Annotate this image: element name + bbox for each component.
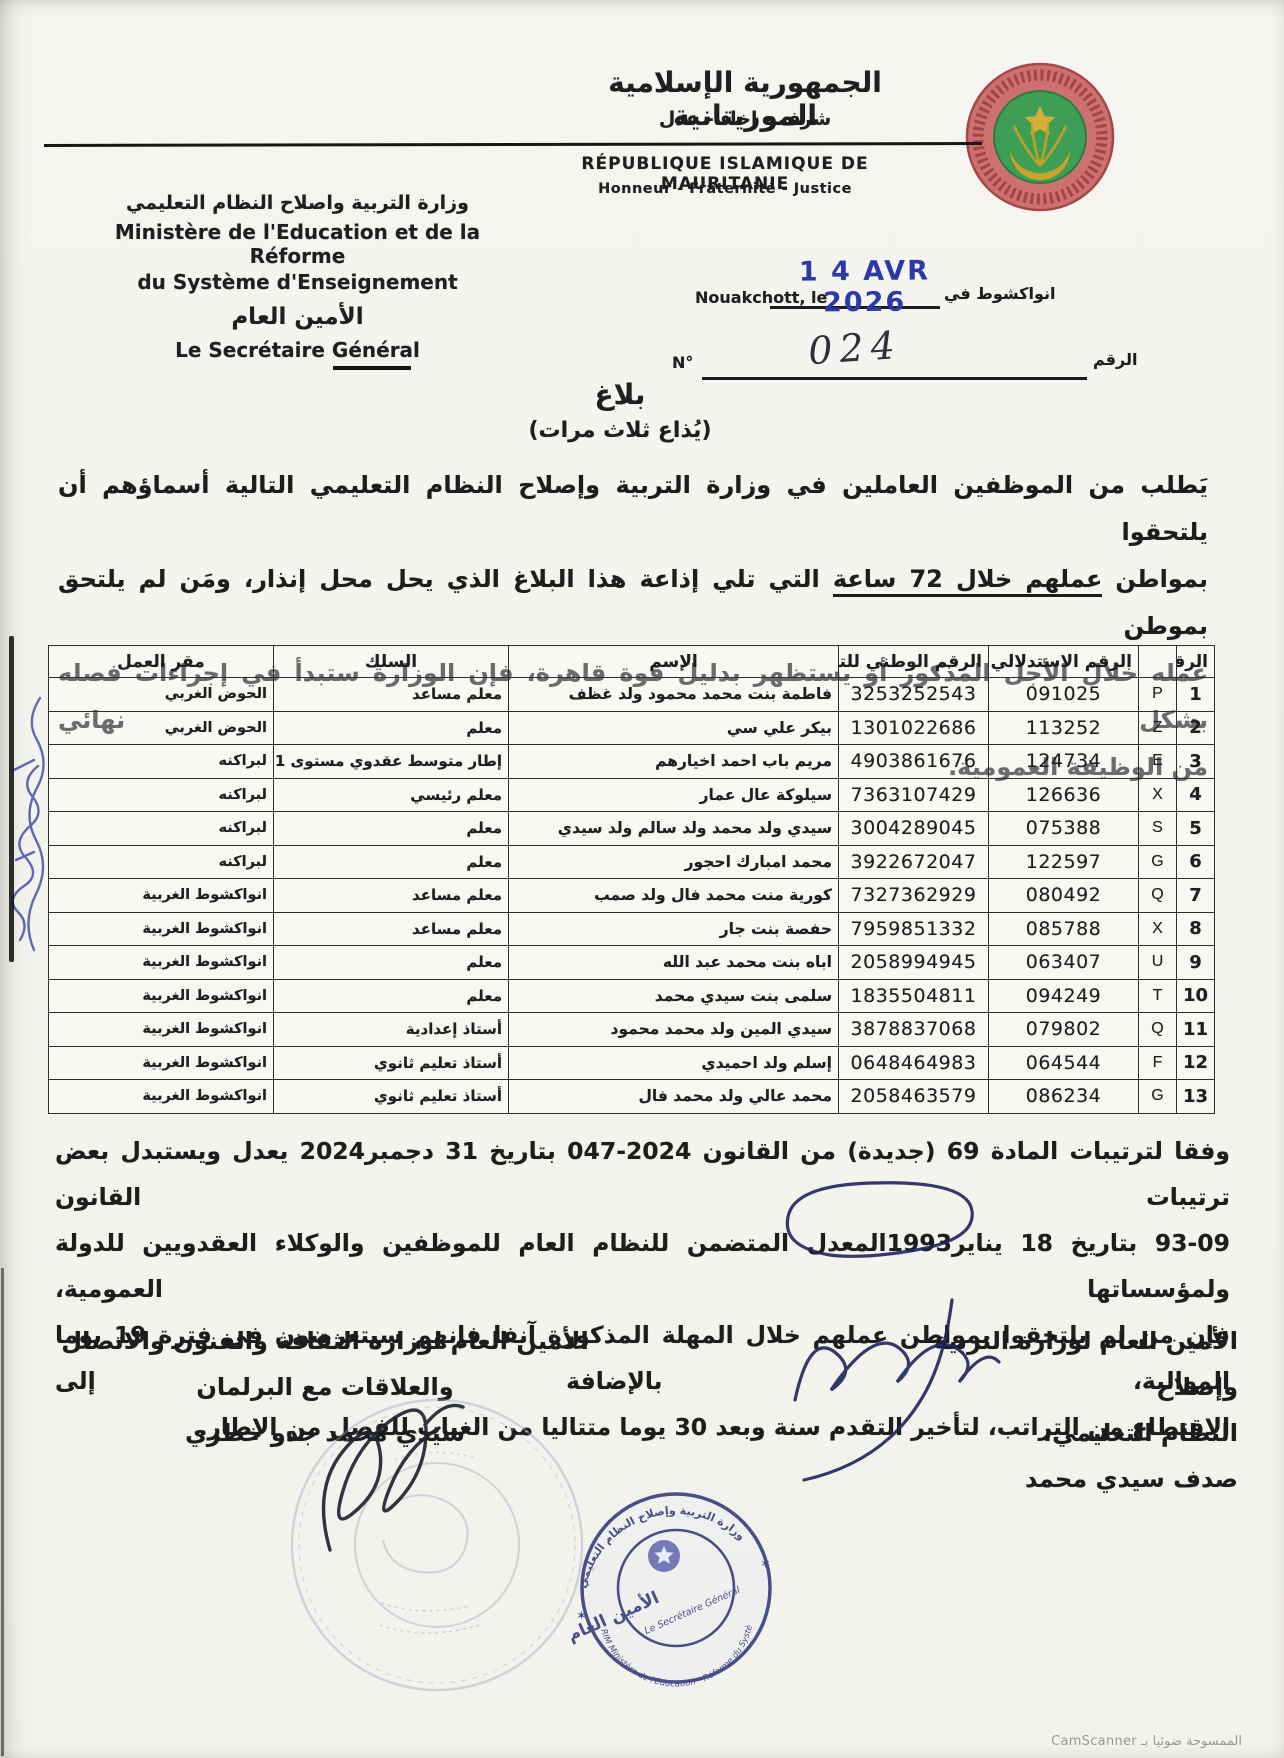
- scan-edge-artifact-upper: [9, 636, 14, 962]
- cell-national-id: 7363107429: [839, 778, 989, 812]
- cell-row-number: 11: [1177, 1013, 1215, 1047]
- table-header-row: الرقم الرقم الاستدلالي الرقم الوطني للتع…: [49, 646, 1215, 678]
- cell-dossier-number: 091025: [989, 678, 1139, 712]
- signature-ink-left: [275, 1380, 495, 1580]
- header-divider-line: [44, 142, 982, 147]
- cell-national-id: 7327362929: [839, 879, 989, 913]
- cell-row-number: 3: [1177, 745, 1215, 779]
- cell-dossier-number: 079802: [989, 1013, 1139, 1047]
- cell-dossier-number: 080492: [989, 879, 1139, 913]
- cell-workplace: انواكشوط الغربية: [49, 1080, 274, 1114]
- cell-letter: Q: [1139, 879, 1177, 913]
- cell-workplace: لبراكنه: [49, 745, 274, 779]
- col-header-workplace: مقر العمل: [49, 646, 274, 678]
- cell-corps: معلم رئيسي: [274, 778, 509, 812]
- cell-dossier-number: 064544: [989, 1046, 1139, 1080]
- cell-dossier-number: 124734: [989, 745, 1139, 779]
- cell-corps: معلم مساعد: [274, 912, 509, 946]
- cell-workplace: لبراكنه: [49, 845, 274, 879]
- cell-workplace: انواكشوط الغربية: [49, 946, 274, 980]
- staff-roster: الرقم الرقم الاستدلالي الرقم الوطني للتع…: [48, 645, 1214, 1114]
- cell-row-number: 4: [1177, 778, 1215, 812]
- paragraph1-line1: يَطلب من الموظفين العاملين في وزارة التر…: [58, 462, 1208, 556]
- date-stamp: 1 4 AVR 2026: [772, 255, 958, 319]
- cell-name: كورية منت محمد فال ولد صمب: [509, 879, 839, 913]
- cell-national-id: 3253252543: [839, 678, 989, 712]
- staff-roster-body: 1 P 091025 3253252543 فاطمة بنت محمد محم…: [49, 678, 1215, 1114]
- cell-letter: U: [1139, 946, 1177, 980]
- svg-text:✶: ✶: [760, 1557, 771, 1572]
- paragraph1-line2-underlined: عملهم خلال 72 ساعة: [833, 565, 1103, 597]
- cell-letter: E: [1139, 745, 1177, 779]
- cell-letter: X: [1139, 912, 1177, 946]
- cell-name: محمد عالي ولد محمد فال: [509, 1080, 839, 1114]
- office-title-arabic: الأمين العام: [70, 304, 525, 330]
- table-row: 12 F 064544 0648464983 إسلم ولد احميدي أ…: [49, 1046, 1215, 1080]
- cell-national-id: 4903861676: [839, 745, 989, 779]
- cell-corps: معلم: [274, 812, 509, 846]
- paragraph1-line2: بمواطن عملهم خلال 72 ساعة التي تلي إذاعة…: [58, 556, 1208, 650]
- secretary-general-stamp: وزارة التربية وإصلاح النظام التعليمي RIM…: [560, 1468, 790, 1718]
- cell-corps: أستاذ إعدادية: [274, 1013, 509, 1047]
- ministry-block: وزارة التربية واصلاح النظام التعليمي Min…: [70, 192, 525, 362]
- cell-row-number: 5: [1177, 812, 1215, 846]
- col-header-name: الإسم: [509, 646, 839, 678]
- cell-letter: X: [1139, 778, 1177, 812]
- cell-name: مريم باب احمد اخيارهم: [509, 745, 839, 779]
- cell-letter: G: [1139, 845, 1177, 879]
- cell-workplace: انواكشوط الغربية: [49, 879, 274, 913]
- cell-corps: معلم: [274, 979, 509, 1013]
- cell-name: إسلم ولد احميدي: [509, 1046, 839, 1080]
- margin-handwritten-annotation: [0, 650, 52, 970]
- ministry-name-arabic: وزارة التربية واصلاح النظام التعليمي: [70, 192, 525, 214]
- cell-letter: G: [1139, 1080, 1177, 1114]
- cell-row-number: 10: [1177, 979, 1215, 1013]
- cell-national-id: 1301022686: [839, 711, 989, 745]
- cell-letter: Z: [1139, 711, 1177, 745]
- cell-row-number: 13: [1177, 1080, 1215, 1114]
- number-label-french: N°: [672, 353, 693, 372]
- cell-corps: أستاذ تعليم ثانوي: [274, 1046, 509, 1080]
- cell-workplace: انواكشوط الغربية: [49, 1046, 274, 1080]
- col-header-corps: السلك: [274, 646, 509, 678]
- cell-national-id: 3004289045: [839, 812, 989, 846]
- handwritten-document-number: 024: [759, 319, 952, 376]
- col-header-number: الرقم: [1177, 646, 1215, 678]
- ministry-name-french-line2: du Système d'Enseignement: [70, 270, 525, 294]
- cell-dossier-number: 122597: [989, 845, 1139, 879]
- cell-row-number: 2: [1177, 711, 1215, 745]
- paragraph1-line2-pre: بمواطن: [1102, 565, 1208, 593]
- cell-name: سيدي ولد محمد ولد سالم ولد سيدي: [509, 812, 839, 846]
- table-row: 13 G 086234 2058463579 محمد عالي ولد محم…: [49, 1080, 1215, 1114]
- col-header-national-id: الرقم الوطني للتعريف: [839, 646, 989, 678]
- table-row: 8 X 085788 7959851332 حفصة بنت جار معلم …: [49, 912, 1215, 946]
- cell-national-id: 7959851332: [839, 912, 989, 946]
- table-row: 2 Z 113252 1301022686 بيكر علي سي معلم ا…: [49, 711, 1215, 745]
- table-row: 3 E 124734 4903861676 مريم باب احمد اخيا…: [49, 745, 1215, 779]
- cell-row-number: 12: [1177, 1046, 1215, 1080]
- cell-workplace: انواكشوط الغربية: [49, 912, 274, 946]
- cell-workplace: الحوض الغربي: [49, 678, 274, 712]
- cell-row-number: 8: [1177, 912, 1215, 946]
- cell-letter: T: [1139, 979, 1177, 1013]
- cell-letter: F: [1139, 1046, 1177, 1080]
- cell-name: فاطمة بنت محمد محمود ولد غظف: [509, 678, 839, 712]
- cell-name: سيلوكة عال عمار: [509, 778, 839, 812]
- camscanner-watermark: الممسوحة ضوئيا بـ CamScanner: [1051, 1734, 1242, 1749]
- cell-name: سلمى بنت سيدي محمد: [509, 979, 839, 1013]
- table-row: 6 G 122597 3922672047 محمد امبارك احجور …: [49, 845, 1215, 879]
- cell-corps: إطار متوسط عقدوي مستوى 1: [274, 745, 509, 779]
- cell-corps: معلم مساعد: [274, 678, 509, 712]
- cell-letter: S: [1139, 812, 1177, 846]
- table-row: 9 U 063407 2058994945 اباه بنت محمد عبد …: [49, 946, 1215, 980]
- paragraph2-line1: وفقا لترتيبات المادة 69 (جديدة) من القان…: [55, 1128, 1230, 1220]
- cell-dossier-number: 094249: [989, 979, 1139, 1013]
- cell-dossier-number: 085788: [989, 912, 1139, 946]
- paragraph2-line2: 93-09 بتاريخ 18 يناير1993المعدل المتضمن …: [55, 1220, 1230, 1312]
- cell-national-id: 3878837068: [839, 1013, 989, 1047]
- cell-dossier-number: 113252: [989, 711, 1139, 745]
- cell-workplace: انواكشوط الغربية: [49, 979, 274, 1013]
- table-row: 11 Q 079802 3878837068 سيدي المين ولد مح…: [49, 1013, 1215, 1047]
- svg-text:✶: ✶: [576, 1609, 587, 1624]
- cell-workplace: الحوض الغربي: [49, 711, 274, 745]
- national-emblem-seal: [966, 58, 1116, 218]
- place-date-label-arabic: انواكشوط في: [944, 284, 1055, 303]
- table-row: 7 Q 080492 7327362929 كورية منت محمد فال…: [49, 879, 1215, 913]
- cell-name: حفصة بنت جار: [509, 912, 839, 946]
- cell-workplace: لبراكنه: [49, 812, 274, 846]
- cell-national-id: 1835504811: [839, 979, 989, 1013]
- cell-name: اباه بنت محمد عبد الله: [509, 946, 839, 980]
- cell-dossier-number: 126636: [989, 778, 1139, 812]
- col-header-dossier-number: الرقم الاستدلالي: [989, 646, 1139, 678]
- cell-name: سيدي المين ولد محمد محمود: [509, 1013, 839, 1047]
- cell-row-number: 7: [1177, 879, 1215, 913]
- ministry-name-french-line1: Ministère de l'Education et de la Réform…: [70, 220, 525, 268]
- staff-roster-table: الرقم الرقم الاستدلالي الرقم الوطني للتع…: [48, 645, 1215, 1114]
- cell-dossier-number: 063407: [989, 946, 1139, 980]
- cell-corps: معلم: [274, 711, 509, 745]
- cell-name: بيكر علي سي: [509, 711, 839, 745]
- number-label-arabic: الرقم: [1093, 350, 1137, 369]
- cell-workplace: لبراكنه: [49, 778, 274, 812]
- cell-corps: معلم مساعد: [274, 879, 509, 913]
- signatory-left-title-line1: الأمين العام لوزارة الثقافة والفنون والا…: [60, 1318, 590, 1364]
- cell-row-number: 1: [1177, 678, 1215, 712]
- cell-national-id: 2058994945: [839, 946, 989, 980]
- cell-national-id: 0648464983: [839, 1046, 989, 1080]
- scanned-document-page: الجمهورية الإسلامية الموريتانية شرف - إخ…: [0, 0, 1284, 1758]
- col-header-letter: [1139, 646, 1177, 678]
- cell-corps: أستاذ تعليم ثانوي: [274, 1080, 509, 1114]
- table-row: 1 P 091025 3253252543 فاطمة بنت محمد محم…: [49, 678, 1215, 712]
- national-motto-french: Honneur - Fraternité - Justice: [515, 181, 935, 197]
- cell-dossier-number: 086234: [989, 1080, 1139, 1114]
- cell-name: محمد امبارك احجور: [509, 845, 839, 879]
- cell-workplace: انواكشوط الغربية: [49, 1013, 274, 1047]
- document-title: بلاغ: [430, 378, 810, 411]
- cell-row-number: 6: [1177, 845, 1215, 879]
- document-subtitle: (يُذاع ثلاث مرات): [430, 418, 810, 443]
- cell-letter: Q: [1139, 1013, 1177, 1047]
- table-row: 4 X 126636 7363107429 سيلوكة عال عمار مع…: [49, 778, 1215, 812]
- table-row: 10 T 094249 1835504811 سلمى بنت سيدي محم…: [49, 979, 1215, 1013]
- cell-letter: P: [1139, 678, 1177, 712]
- cell-dossier-number: 075388: [989, 812, 1139, 846]
- cell-corps: معلم: [274, 946, 509, 980]
- office-title-underline: [333, 366, 411, 370]
- office-title-french: Le Secrétaire Général: [70, 338, 525, 362]
- cell-corps: معلم: [274, 845, 509, 879]
- cell-national-id: 2058463579: [839, 1080, 989, 1114]
- scan-edge-artifact-lower: [1, 1268, 4, 1756]
- cell-row-number: 9: [1177, 946, 1215, 980]
- cell-national-id: 3922672047: [839, 845, 989, 879]
- signature-ink-right: [770, 1175, 1030, 1505]
- national-motto-arabic: شرف - إخاء - عدل: [545, 108, 945, 130]
- table-row: 5 S 075388 3004289045 سيدي ولد محمد ولد …: [49, 812, 1215, 846]
